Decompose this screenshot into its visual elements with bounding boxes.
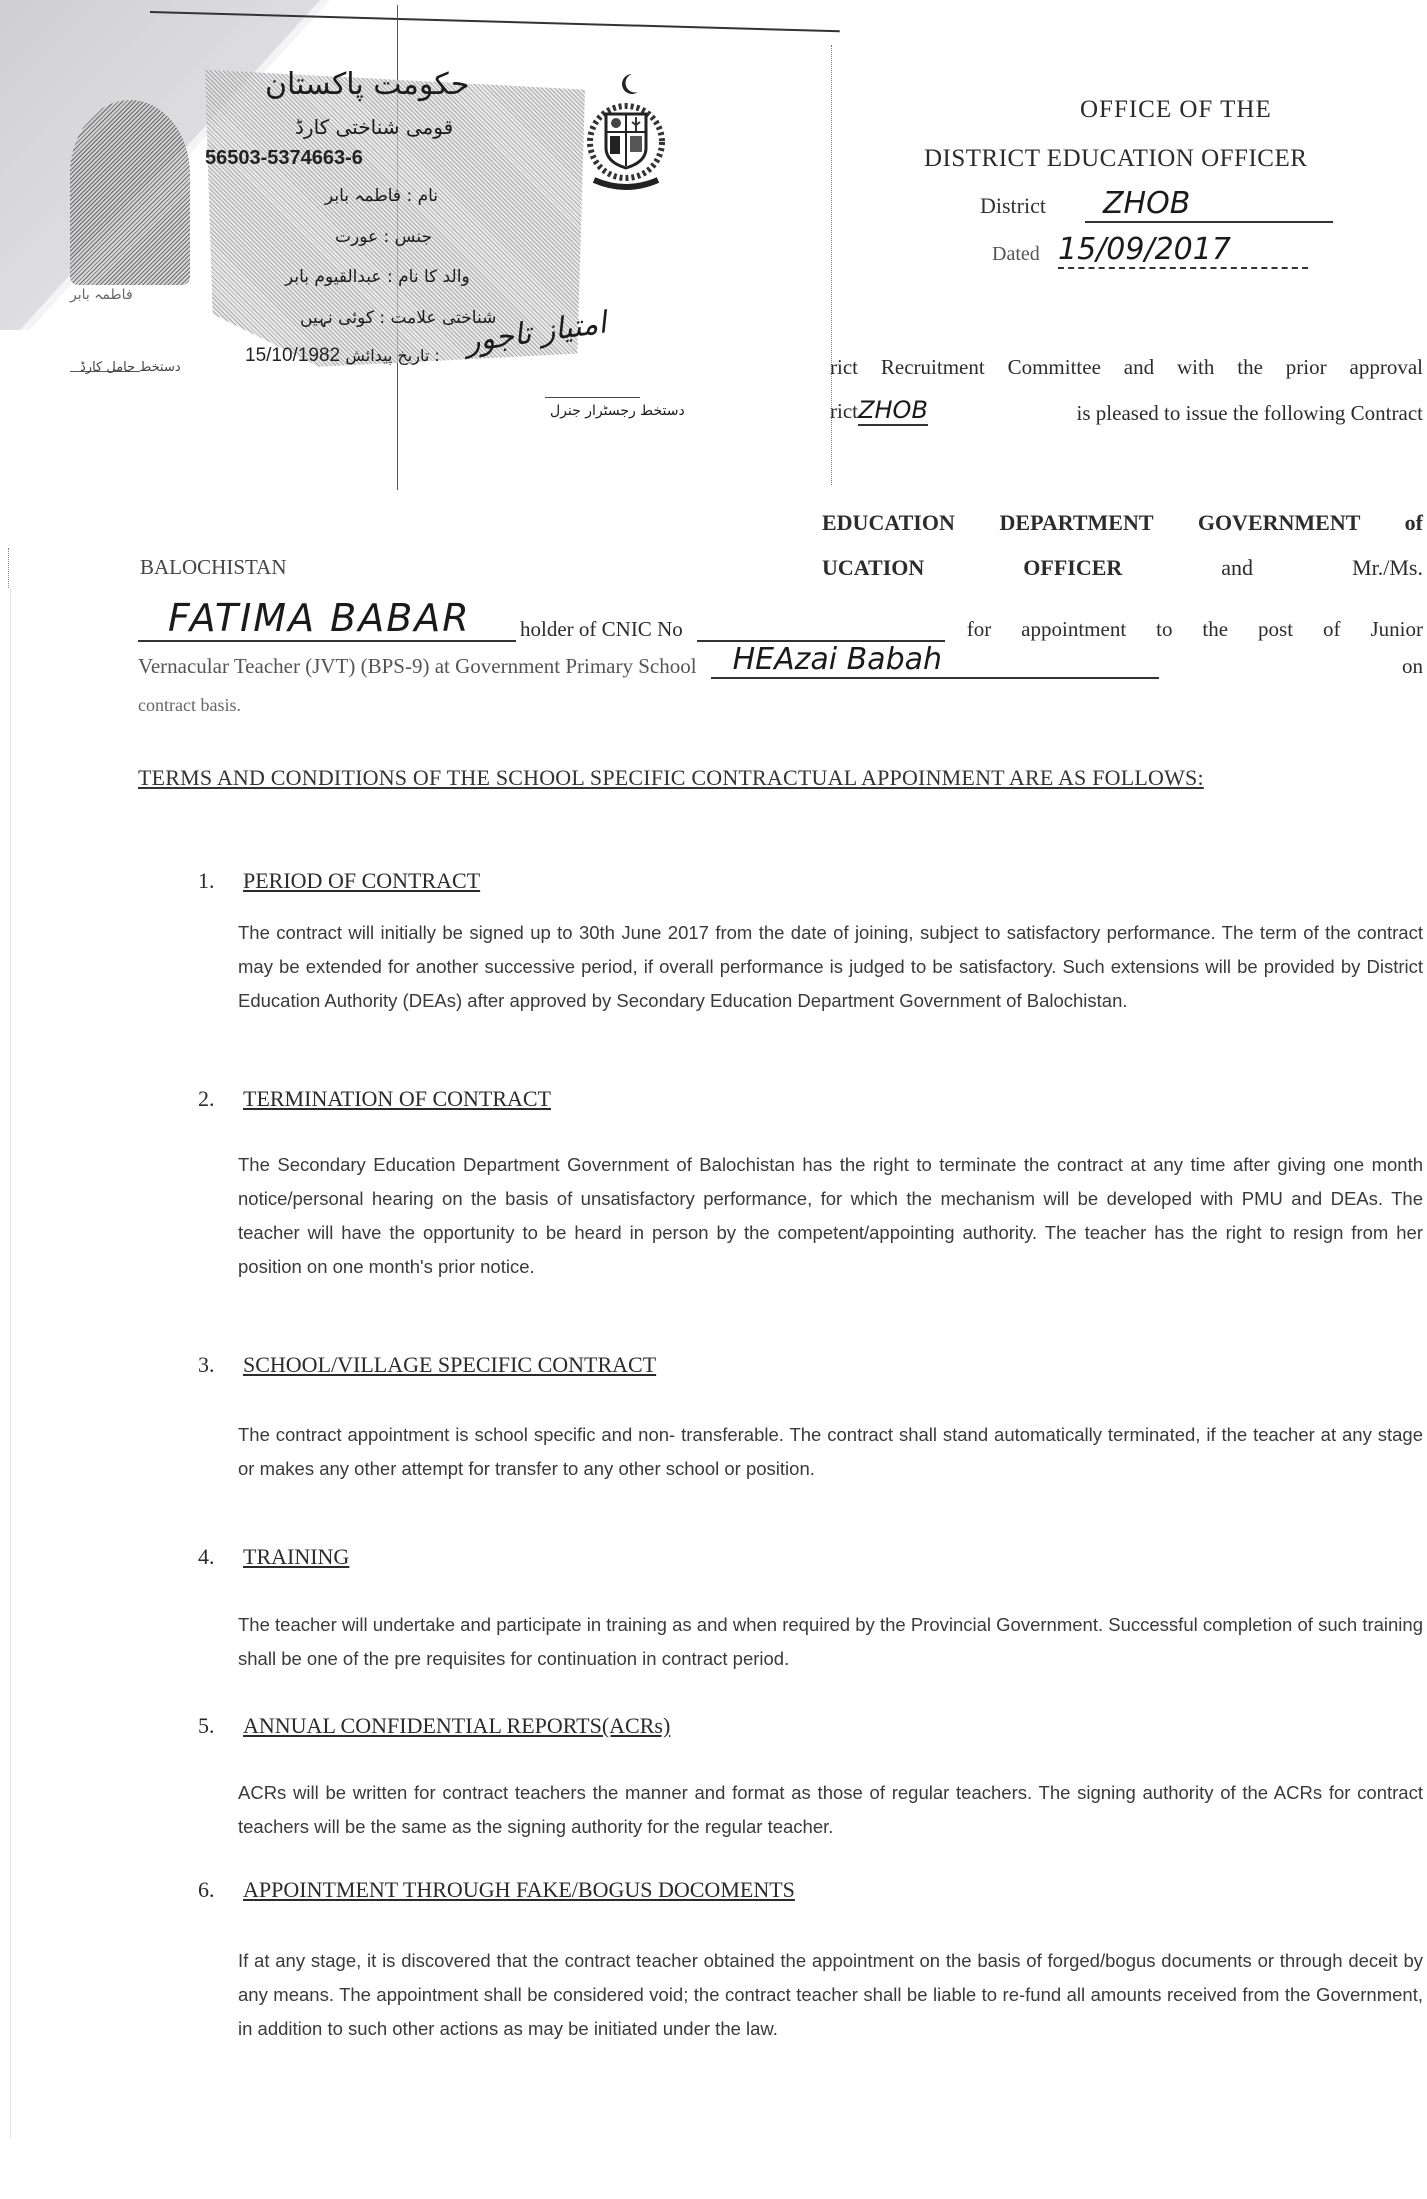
section-title: APPOINTMENT THROUGH FAKE/BOGUS DOCOMENTS [243,1877,795,1902]
cnic-card-copy: حکومت پاکستان قومی شناختی کارڈ 56503-537… [25,5,815,485]
dated-value: 15/09/2017 [1058,232,1308,269]
section-number: 3. [198,1352,243,1378]
cnic-dob-label: تاریخ پیدائش : [345,346,439,365]
registrar-signature-line [545,397,640,398]
intro-line-1: rict Recruitment Committee and with the … [830,355,1423,380]
appointment-text: for appointment to the post of Junior [967,617,1423,642]
terms-heading: TERMS AND CONDITIONS OF THE SCHOOL SPECI… [138,757,1338,799]
district-value: ZHOB [1085,186,1333,223]
cardholder-photo [70,100,190,285]
intro-word: Mr./Ms. [1352,555,1423,581]
section-title: TERMINATION OF CONTRACT [243,1086,551,1111]
section-2-title: 2.TERMINATION OF CONTRACT [198,1086,551,1112]
margin-line [10,588,12,2138]
section-number: 5. [198,1713,243,1739]
section-title: SCHOOL/VILLAGE SPECIFIC CONTRACT [243,1352,656,1377]
holder-signature: فاطمہ بابر [70,287,133,303]
appointee-line: FATIMA BABAR holder of CNIC No for appoi… [138,596,1423,642]
cnic-dob-value: 15/10/1982 [245,345,340,366]
section-2-body: The Secondary Education Department Gover… [238,1148,1423,1284]
section-1-body: The contract will initially be signed up… [238,916,1423,1018]
cnic-dob: 15/10/1982 تاریخ پیدائش : [245,345,440,367]
cnic-holder-text: holder of CNIC No [520,617,683,642]
cnic-mark-value: کوئی نہیں [300,308,374,328]
section-number: 1. [198,868,243,894]
section-3-title: 3.SCHOOL/VILLAGE SPECIFIC CONTRACT [198,1352,656,1378]
section-number: 4. [198,1544,243,1570]
school-prefix: Vernacular Teacher (JVT) (BPS-9) at Gove… [138,654,697,679]
section-5-body: ACRs will be written for contract teache… [238,1776,1423,1844]
school-name-handwritten: HEAzai Babah [711,642,1159,679]
school-suffix: on [1159,654,1423,679]
section-4-body: The teacher will undertake and participa… [238,1608,1423,1676]
cnic-gender-value: عورت [335,227,378,247]
intro-line-3: EDUCATION DEPARTMENT GOVERNMENT of [822,510,1423,536]
section-6-title: 6.APPOINTMENT THROUGH FAKE/BOGUS DOCOMEN… [198,1877,795,1903]
appointee-name-handwritten: FATIMA BABAR [138,596,516,642]
section-5-title: 5.ANNUAL CONFIDENTIAL REPORTS(ACRs) [198,1713,670,1739]
section-6-body: If at any stage, it is discovered that t… [238,1944,1423,2046]
dated-label: Dated [992,243,1040,266]
state-emblem-icon [580,70,672,190]
section-title: ANNUAL CONFIDENTIAL REPORTS(ACRs) [243,1713,670,1738]
section-number: 2. [198,1086,243,1112]
intro-word: UCATION [822,555,924,581]
cnic-father-label: والد کا نام : [387,267,470,287]
cnic-name: نام : فاطمہ بابر [325,185,438,206]
registrar-label: دستخط رجسٹرار جنرل [550,403,685,419]
balochistan-label: BALOCHISTAN [140,555,287,580]
cnic-name-label: نام : [406,186,438,206]
district-label: District [980,193,1046,219]
section-1-title: 1.PERIOD OF CONTRACT [198,868,480,894]
intro-word: and [1221,555,1253,581]
intro-line-4: UCATION OFFICER and Mr./Ms. [822,555,1423,581]
cnic-border-top [150,11,840,32]
school-line: Vernacular Teacher (JVT) (BPS-9) at Gove… [138,642,1423,679]
cnic-gender: جنس : عورت [335,227,432,247]
holder-signature-label: دستخط حامل کارڈ [80,360,181,375]
section-4-title: 4.TRAINING [198,1544,349,1570]
contract-basis-text: contract basis. [138,695,241,716]
office-title-line2: DISTRICT EDUCATION OFFICER [924,145,1307,173]
cnic-father-value: عبدالقیوم بابر [285,267,382,287]
intro-word: OFFICER [1023,555,1122,581]
section-number: 6. [198,1877,243,1903]
intro-line-2-prefix: rict [830,399,858,423]
intro-line-2-suffix: is pleased to issue the following Contra… [1077,401,1423,426]
district-handwritten: ZHOB [858,396,928,426]
margin-mark [8,548,10,588]
section-title: TRAINING [243,1544,349,1569]
cnic-father-name: والد کا نام : عبدالقیوم بابر [285,267,470,287]
section-title: PERIOD OF CONTRACT [243,868,480,893]
intro-line-2: rictZHOB is pleased to issue the followi… [830,396,1423,426]
cnic-gender-label: جنس : [384,227,432,247]
cnic-number: 56503-5374663-6 [205,147,363,170]
section-3-body: The contract appointment is school speci… [238,1418,1423,1486]
office-title-line1: OFFICE OF THE [1080,96,1272,124]
cnic-title: حکومت پاکستان [265,67,469,102]
cnic-name-value: فاطمہ بابر [325,186,401,206]
cnic-subtitle: قومی شناختی کارڈ [295,115,453,139]
